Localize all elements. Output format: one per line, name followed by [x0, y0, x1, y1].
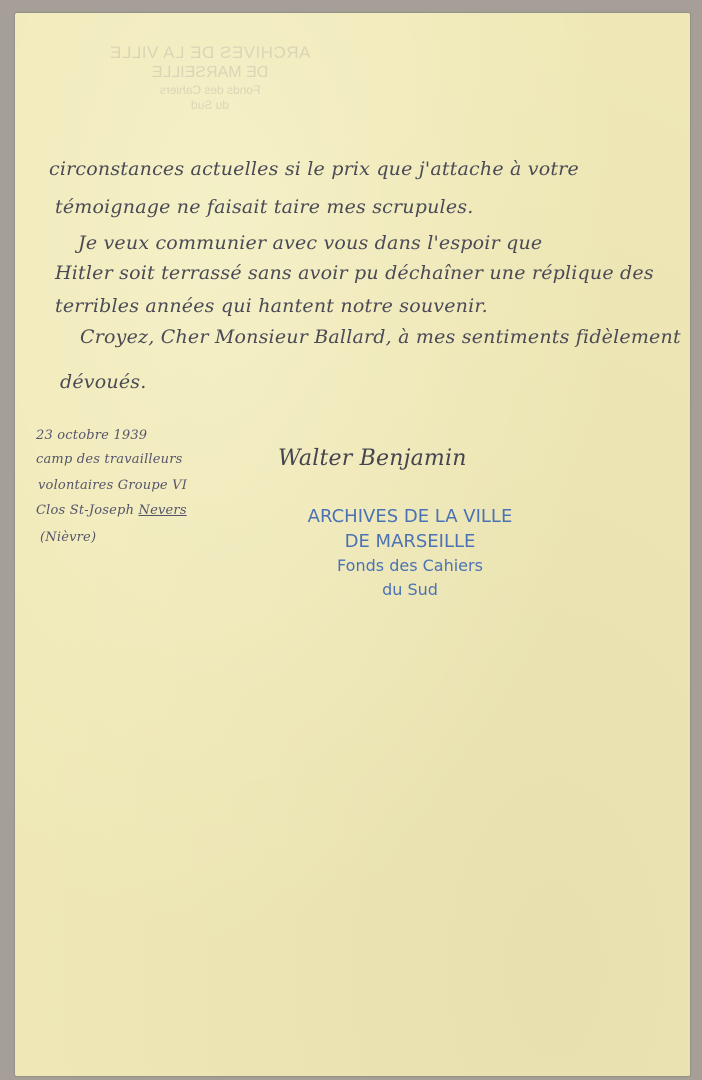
address-line-prefix: Clos St-Joseph	[36, 503, 139, 518]
stamp-line: du Sud	[270, 582, 550, 606]
archive-stamp: ARCHIVES DE LA VILLE DE MARSEILLE Fonds …	[270, 508, 550, 606]
ghost-stamp-line: Fonds des Cahiers	[90, 83, 330, 98]
letter-line: témoignage ne faisait taire mes scrupule…	[55, 196, 473, 218]
letter-line: Je veux communier avec vous dans l'espoi…	[78, 232, 542, 254]
letter-line: terribles années qui hantent notre souve…	[55, 295, 488, 317]
signature: Walter Benjamin	[278, 446, 467, 471]
ghost-stamp-line: ARCHIVES DE LA VILLE	[90, 42, 330, 63]
address-line: volontaires Groupe VI	[38, 478, 187, 493]
letter-line: Hitler soit terrassé sans avoir pu décha…	[55, 262, 654, 284]
letter-closing-line: Croyez, Cher Monsieur Ballard, à mes sen…	[80, 326, 681, 348]
address-line: (Nièvre)	[40, 530, 96, 545]
ghost-stamp-show-through: ARCHIVES DE LA VILLE DE MARSEILLE Fonds …	[90, 42, 330, 113]
letter-line: circonstances actuelles si le prix que j…	[49, 158, 579, 180]
letter-date: 23 octobre 1939	[36, 428, 147, 443]
address-city-underlined: Nevers	[139, 503, 187, 518]
letter-closing-line: dévoués.	[60, 371, 146, 393]
ghost-stamp-line: du Sud	[90, 98, 330, 113]
stamp-line: Fonds des Cahiers	[270, 558, 550, 582]
stamp-line: ARCHIVES DE LA VILLE	[270, 508, 550, 533]
ghost-stamp-line: DE MARSEILLE	[90, 63, 330, 83]
stamp-line: DE MARSEILLE	[270, 533, 550, 558]
address-line: Clos St-Joseph Nevers	[36, 503, 187, 518]
address-line: camp des travailleurs	[36, 452, 183, 467]
